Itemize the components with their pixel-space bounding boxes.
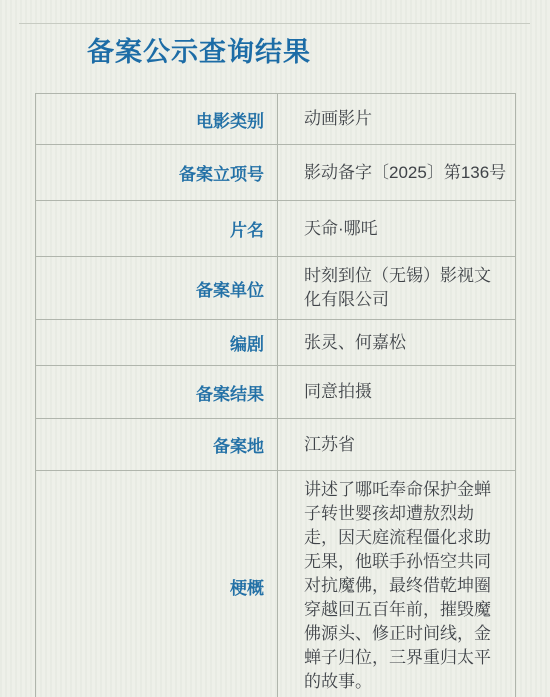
row-registration-number: 备案立项号 影动备字〔2025〕第136号 (36, 144, 515, 200)
row-label: 片名 (36, 201, 278, 256)
row-registration-place: 备案地 江苏省 (36, 418, 515, 470)
row-registration-result: 备案结果 同意拍摄 (36, 365, 515, 418)
row-film-category: 电影类别 动画影片 (36, 94, 515, 144)
row-synopsis: 梗概 讲述了哪吒奉命保护金蝉子转世婴孩却遭敖烈劫走，因天庭流程僵化求助无果，他联… (36, 470, 515, 697)
row-value: 影动备字〔2025〕第136号 (278, 145, 515, 200)
row-label: 电影类别 (36, 94, 278, 144)
row-screenwriter: 编剧 张灵、何嘉松 (36, 319, 515, 365)
query-result-page: 备案公示查询结果 电影类别 动画影片 备案立项号 影动备字〔2025〕第136号… (0, 0, 550, 697)
row-value: 动画影片 (278, 94, 515, 144)
results-table: 电影类别 动画影片 备案立项号 影动备字〔2025〕第136号 片名 天命·哪吒… (35, 93, 516, 697)
row-label: 备案地 (36, 419, 278, 470)
row-label: 编剧 (36, 320, 278, 365)
row-label: 备案结果 (36, 366, 278, 418)
row-label: 备案立项号 (36, 145, 278, 200)
row-value: 时刻到位（无锡）影视文化有限公司 (278, 257, 515, 319)
row-value: 讲述了哪吒奉命保护金蝉子转世婴孩却遭敖烈劫走，因天庭流程僵化求助无果，他联手孙悟… (278, 471, 515, 697)
row-value: 同意拍摄 (278, 366, 515, 418)
row-value: 江苏省 (278, 419, 515, 470)
row-value: 张灵、何嘉松 (278, 320, 515, 365)
row-registration-unit: 备案单位 时刻到位（无锡）影视文化有限公司 (36, 256, 515, 319)
page-title: 备案公示查询结果 (87, 30, 311, 69)
row-value: 天命·哪吒 (278, 201, 515, 256)
top-divider (19, 23, 530, 24)
row-label: 梗概 (36, 471, 278, 697)
row-film-title: 片名 天命·哪吒 (36, 200, 515, 256)
row-label: 备案单位 (36, 257, 278, 319)
